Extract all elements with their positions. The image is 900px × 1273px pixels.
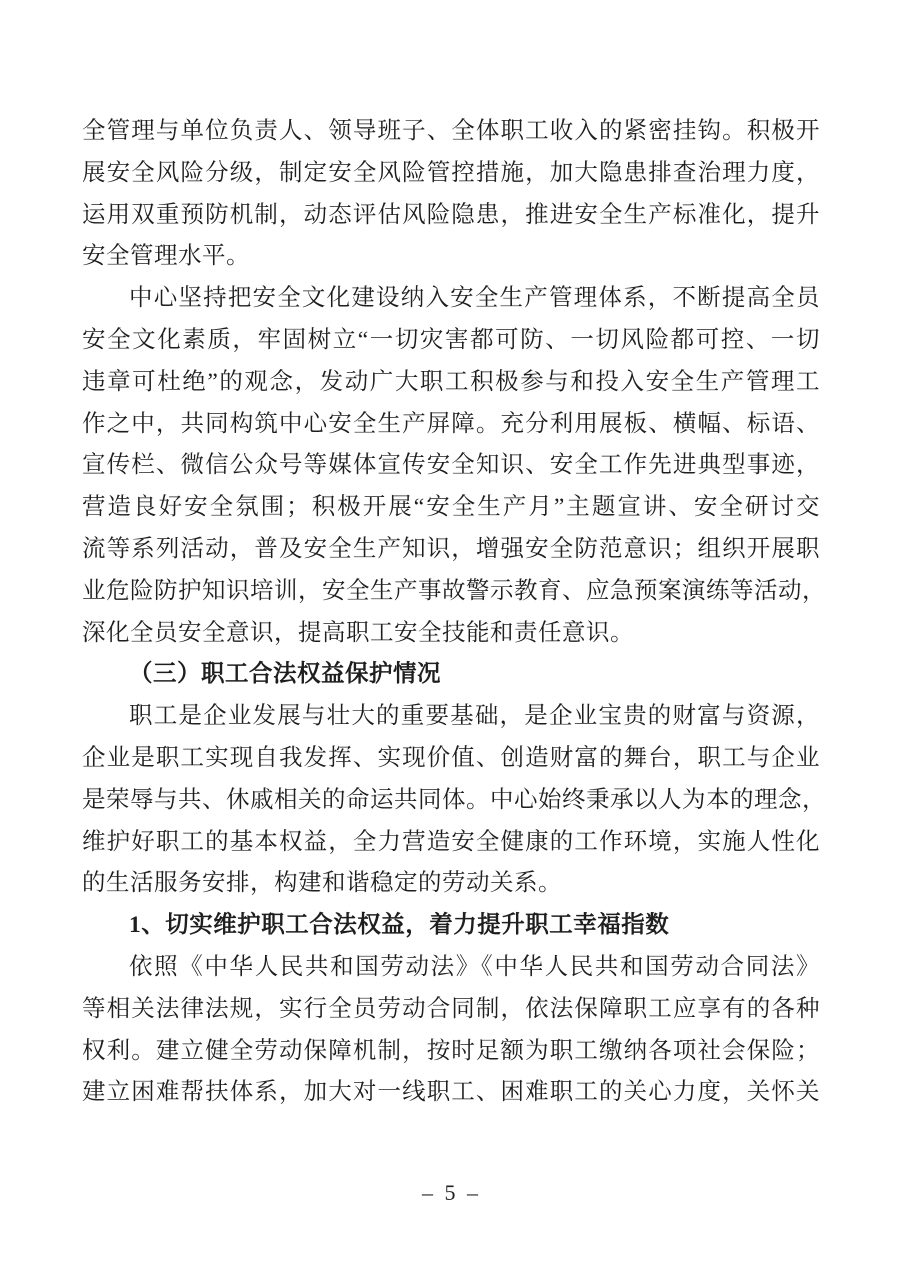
text-line: 深化全员安全意识，提高职工安全技能和责任意识。 — [82, 613, 820, 655]
text-line: 企业是职工实现自我发挥、实现价值、创造财富的舞台，职工与企业 — [82, 738, 820, 780]
text-line: 1、切实维护职工合法权益，着力提升职工幸福指数 — [82, 905, 820, 947]
text-block: 全管理与单位负责人、领导班子、全体职工收入的紧密挂钩。积极开展安全风险分级，制定… — [82, 111, 820, 1114]
text-line: 职工是企业发展与壮大的重要基础，是企业宝贵的财富与资源， — [82, 696, 820, 738]
paragraph: 中心坚持把安全文化建设纳入安全生产管理体系，不断提高全员安全文化素质，牢固树立“… — [82, 278, 820, 654]
paragraph: 依照《中华人民共和国劳动法》《中华人民共和国劳动合同法》等相关法律法规，实行全员… — [82, 947, 820, 1114]
text-line: 的生活服务安排，构建和谐稳定的劳动关系。 — [82, 863, 820, 905]
text-line: 宣传栏、微信公众号等媒体宣传安全知识、安全工作先进典型事迹， — [82, 445, 820, 487]
text-line: 安全文化素质，牢固树立“一切灾害都可防、一切风险都可控、一切 — [82, 320, 820, 362]
text-line: 依照《中华人民共和国劳动法》《中华人民共和国劳动合同法》 — [82, 947, 820, 989]
text-line: 流等系列活动，普及安全生产知识，增强安全防范意识；组织开展职 — [82, 529, 820, 571]
text-line: 是荣辱与共、休戚相关的命运共同体。中心始终秉承以人为本的理念， — [82, 780, 820, 822]
document-page: { "page": { "background_color": "#ffffff… — [0, 0, 900, 1273]
section-heading: （三）职工合法权益保护情况 — [82, 654, 820, 696]
text-line: 展安全风险分级，制定安全风险管控措施，加大隐患排查治理力度， — [82, 153, 820, 195]
text-line: 营造良好安全氛围；积极开展“安全生产月”主题宣讲、安全研讨交 — [82, 487, 820, 529]
text-line: 中心坚持把安全文化建设纳入安全生产管理体系，不断提高全员 — [82, 278, 820, 320]
text-line: 维护好职工的基本权益，全力营造安全健康的工作环境，实施人性化 — [82, 822, 820, 864]
paragraph: 全管理与单位负责人、领导班子、全体职工收入的紧密挂钩。积极开展安全风险分级，制定… — [82, 111, 820, 278]
page-number: – 5 – — [0, 1180, 900, 1206]
text-line: 安全管理水平。 — [82, 236, 820, 278]
text-line: 违章可杜绝”的观念，发动广大职工积极参与和投入安全生产管理工 — [82, 362, 820, 404]
paragraph: 职工是企业发展与壮大的重要基础，是企业宝贵的财富与资源，企业是职工实现自我发挥、… — [82, 696, 820, 905]
text-line: 作之中，共同构筑中心安全生产屏障。充分利用展板、横幅、标语、 — [82, 404, 820, 446]
text-line: 全管理与单位负责人、领导班子、全体职工收入的紧密挂钩。积极开 — [82, 111, 820, 153]
text-line: 建立困难帮扶体系，加大对一线职工、困难职工的关心力度，关怀关 — [82, 1072, 820, 1114]
text-line: 业危险防护知识培训，安全生产事故警示教育、应急预案演练等活动， — [82, 571, 820, 613]
section-heading: 1、切实维护职工合法权益，着力提升职工幸福指数 — [82, 905, 820, 947]
text-line: 运用双重预防机制，动态评估风险隐患，推进安全生产标准化，提升 — [82, 195, 820, 237]
text-line: （三）职工合法权益保护情况 — [82, 654, 820, 696]
text-line: 等相关法律法规，实行全员劳动合同制，依法保障职工应享有的各种 — [82, 989, 820, 1031]
page-background: 全管理与单位负责人、领导班子、全体职工收入的紧密挂钩。积极开展安全风险分级，制定… — [0, 0, 900, 1273]
text-line: 权利。建立健全劳动保障机制，按时足额为职工缴纳各项社会保险； — [82, 1031, 820, 1073]
